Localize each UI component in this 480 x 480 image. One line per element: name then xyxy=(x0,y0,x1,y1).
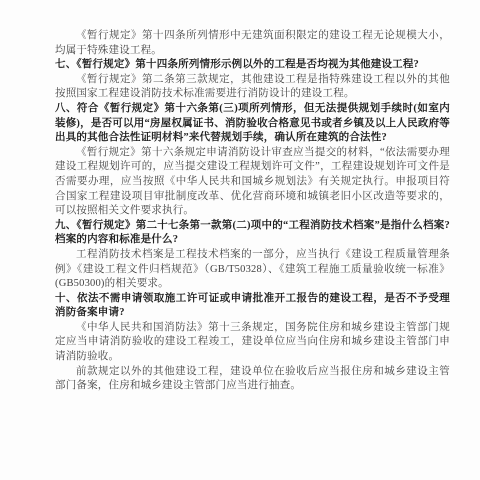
question-heading: 八、符合《暂行规定》第十六条第(三)项所列情形，但无法提供规划手续时(如室内装修… xyxy=(55,102,450,146)
paragraph-body: 工程消防技术档案是工程技术档案的一部分，应当执行《建设工程质量管理条例》《建设工… xyxy=(55,248,450,292)
paragraph-body: 《暂行规定》第十四条所列情形中无建筑面积限定的建设工程无论规模大小，均属于特殊建… xyxy=(55,29,450,58)
paragraph-body: 《暂行规定》第二条第三款规定，其他建设工程是指特殊建设工程以外的其他按照国家工程… xyxy=(55,73,450,102)
question-heading: 十、依法不需申请领取施工许可证或申请批准开工报告的建设工程，是否不予受理消防备案… xyxy=(55,292,450,321)
paragraph-body: 前款规定以外的其他建设工程，建设单位在验收后应当报住房和城乡建设主管部门备案，住… xyxy=(55,365,450,394)
paragraph-body: 《中华人民共和国消防法》第十三条规定，国务院住房和城乡建设主管部门规定应当申请消… xyxy=(55,321,450,365)
paragraph-body: 《暂行规定》第十六条规定申请消防设计审查应当提交的材料，“依法需要办理建设工程规… xyxy=(55,146,450,219)
document-text-block: 《暂行规定》第十四条所列情形中无建筑面积限定的建设工程无论规模大小，均属于特殊建… xyxy=(0,0,480,394)
question-heading: 七、《暂行规定》第十四条所列情形示例以外的工程是否均视为其他建设工程? xyxy=(55,58,450,73)
question-heading: 九、《暂行规定》第二十七条第一款第(二)项中的“工程消防技术档案”是指什么档案?… xyxy=(55,219,450,248)
document-page: 《暂行规定》第十四条所列情形中无建筑面积限定的建设工程无论规模大小，均属于特殊建… xyxy=(0,0,480,480)
